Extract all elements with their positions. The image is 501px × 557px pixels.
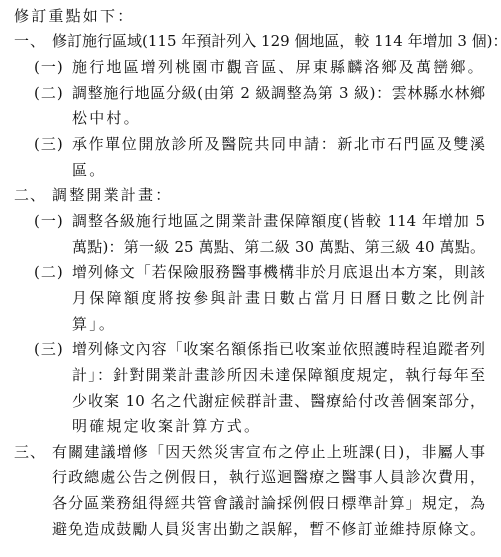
section-1-item-2-line-2: 松中村。 bbox=[72, 104, 141, 133]
section-1-item-2-marker: (二) bbox=[34, 79, 64, 108]
section-2-item-2-marker: (二) bbox=[34, 258, 64, 287]
section-1-item-1-text: 施行地區增列桃園市觀音區、屏東縣麟洛鄉及萬巒鄉。 bbox=[72, 53, 485, 82]
section-2-item-3-marker: (三) bbox=[34, 335, 64, 364]
section-2-item-1-marker: (一) bbox=[34, 207, 64, 236]
section-2-item-2-line-1: 增列條文「若保險服務醫事機構非於月底退出本方案，則該 bbox=[72, 258, 485, 287]
section-1-item-3-line-1: 承作單位開放診所及醫院共同申請：新北市石門區及雙溪 bbox=[72, 130, 485, 159]
section-2-item-3-line-2: 計」：針對開業計畫診所因未達保障額度規定，執行每年至 bbox=[72, 361, 485, 390]
document-heading: 修訂重點如下： bbox=[14, 2, 134, 31]
section-3-title: 有關建議增修「因天然災害宣布之停止上班課(日)，非屬人事 bbox=[52, 438, 485, 467]
section-2-item-3-line-4: 明確規定收案計算方式。 bbox=[72, 412, 261, 441]
section-2-item-2-line-3: 算」。 bbox=[72, 310, 116, 339]
section-2-item-2-line-2: 月保障額度將按參與計畫日數占當月日曆日數之比例計 bbox=[72, 284, 485, 313]
section-2-marker: 二、 bbox=[14, 181, 46, 210]
section-1-item-3-marker: (三) bbox=[34, 130, 64, 159]
section-1-item-1-marker: (一) bbox=[34, 53, 64, 82]
section-1-item-3-line-2: 區。 bbox=[72, 156, 106, 185]
section-3-line-2: 行政總處公告之例假日，執行巡迴醫療之醫事人員診次費用， bbox=[52, 463, 485, 492]
section-3-marker: 三、 bbox=[14, 438, 46, 467]
section-1-title: 修訂施行區域(115 年預計列入 129 個地區，較 114 年增加 3 個)： bbox=[52, 27, 485, 56]
section-2-item-3-line-3: 少收案 10 名之代謝症候群計畫、醫療給付改善個案部分， bbox=[72, 387, 485, 416]
section-3-line-4: 避免造成鼓勵人員災害出勤之誤解，暫不修訂並維持原條文。 bbox=[52, 515, 485, 544]
section-1-item-2-line-1: 調整施行地區分級(由第 2 級調整為第 3 級)：雲林縣水林鄉 bbox=[72, 79, 485, 108]
section-1-marker: 一、 bbox=[14, 27, 46, 56]
section-2-item-3-line-1: 增列條文內容「收案名額係指已收案並依照護時程追蹤者列 bbox=[72, 335, 485, 364]
section-2-item-1-line-1: 調整各級施行地區之開業計畫保障額度(皆較 114 年增加 5 bbox=[72, 207, 485, 236]
section-2-item-1-line-2: 萬點)：第一級 25 萬點、第二級 30 萬點、第三級 40 萬點。 bbox=[72, 233, 485, 262]
section-2-title: 調整開業計畫： bbox=[52, 181, 172, 210]
section-3-line-3: 各分區業務組得經共管會議討論採例假日標準計算」規定，為 bbox=[52, 489, 485, 518]
